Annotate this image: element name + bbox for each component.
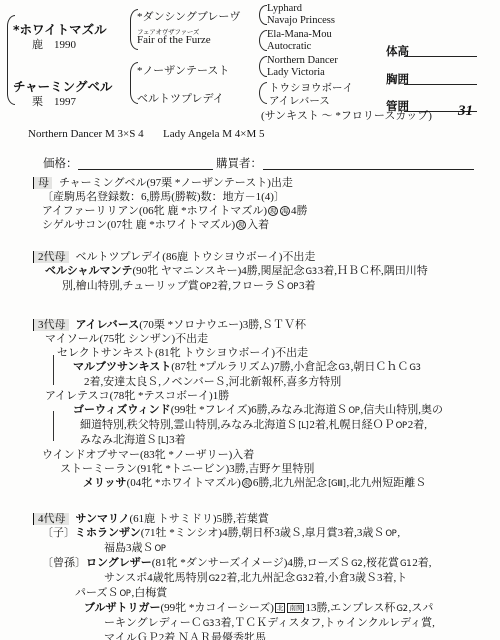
pedigree-bracket [259, 82, 267, 104]
pedigree-bracket [259, 5, 267, 25]
text-run: アイレテスコ(78牝 *テスコボーイ)1勝 [45, 390, 229, 402]
grade-tag: [GⅢ] [328, 479, 345, 489]
region-box: 北 [275, 603, 286, 613]
text-run: マイソール(75牝 シンザン)不出走 [45, 333, 208, 345]
status-circle: 現 [236, 220, 246, 230]
grade-tag: OP [348, 406, 359, 416]
text-run: アイファーリリアン(06牝 鹿 *ホワイトマズル) [42, 205, 267, 217]
grade-tag: [L] [158, 436, 168, 446]
record-line: セレクトサンキスト(81牝 トウシヨウボーイ)不出走 [57, 346, 500, 360]
text-run: 13勝,エンプレス杯 [305, 602, 395, 614]
record-line: サンスポ4歳牝馬特別G22着,北九州記念G32着,小倉3歳Ｓ3着,ト [104, 571, 500, 586]
sire-coat-year: 鹿 1990 [32, 36, 76, 52]
price-label: 価格： [43, 155, 78, 171]
text-run: ベルトツプレデイ(86鹿 トウシヨウボーイ)不出走 [76, 251, 316, 263]
text-run: 3着 [169, 434, 186, 446]
text-run: 2着, [412, 557, 431, 569]
text-run: 別,檜山特別,チューリップ賞 [62, 280, 199, 292]
record-line: 母チャーミングベル(97栗 *ノーザンテースト)出走 [33, 176, 500, 190]
record-line: 福島3歳ＳOP [104, 541, 500, 556]
grandparent-name: Navajo Princess [267, 15, 335, 26]
record-line: 2着,安達太良Ｓ,ノベンバーＳ,河北新報杯,喜多方特別 [84, 375, 500, 389]
tree-connector [53, 355, 54, 385]
buyer-label: 購買者： [216, 155, 262, 171]
grandparent-name: Lady Victoria [267, 67, 325, 78]
text-run: ,スパ [409, 602, 434, 614]
grade-tag: OP [385, 529, 396, 539]
horse-name: ベルシャルマンテ [45, 264, 133, 277]
text-run: 2着,札幌日経ＯＰ [309, 419, 394, 431]
relation-label: 〔曾孫〕 [42, 556, 86, 570]
grade-tag: G2 [351, 559, 362, 569]
text-run: 入着 [247, 219, 269, 231]
text-run: 2着, [408, 419, 427, 431]
catalog-page: { "header": { "family_line": "(サンキスト ～ *… [0, 0, 500, 640]
grade-tag: OP [200, 282, 211, 292]
record-line: ゴーウィズウィンド(99牡 *フレイズ)6勝,みなみ北海道ＳOP,信夫山特別,奥… [73, 403, 500, 418]
text-run: 福島3歳Ｓ [104, 542, 154, 554]
family-line: (サンキスト ～ *フロリースカップ) [261, 107, 432, 123]
text-run: チャーミングベル(97栗 *ノーザンテースト)出走 [59, 177, 293, 189]
text-run: 3着 [299, 280, 316, 292]
text-run: (99牝 *カコイーシーズ) [160, 602, 273, 614]
text-run: 3着,ＨＢＣ杯,隅田川特 [318, 265, 428, 277]
record-line: 〔産駒馬名登録数：6,勝馬(勝鞍)数：地方－1(4)〕 [42, 190, 500, 204]
record-line: みなみ北海道Ｓ[L]3着 [80, 433, 500, 448]
text-run: ,朝日ＣｈＣ [351, 361, 409, 373]
text-run: (04牝 *ホワイトマズル) [127, 477, 241, 489]
girth-blank-line [404, 83, 477, 85]
record-line: 〔曾孫〕ロングレザー(81牝 *ダンサーズイメージ)4勝,ローズＳG2,桜花賞G… [42, 556, 500, 571]
grandparent-name: アイレバース [269, 93, 330, 108]
record-line: ベルシャルマンテ(90牝 ヤマニンスキー)4勝,関屋記念G33着,ＨＢＣ杯,隅田… [45, 264, 500, 279]
pedigree-bracket [259, 56, 267, 77]
region-box: 南関 [287, 603, 304, 613]
record-line: アイレテスコ(78牝 *テスコボーイ)1勝 [45, 389, 500, 403]
text-run: 2着,北九州記念 [221, 572, 295, 584]
grade-tag: OP [287, 282, 298, 292]
text-run: ストーミーラン(91牝 *トニービン)3勝,吉野ケ里特別 [60, 463, 314, 475]
grandparent-name: Ela-Mana-Mou [267, 29, 332, 40]
inbreeding-right: Lady Angela M 4×M 5 [163, 128, 265, 140]
grade-tag: [L] [298, 421, 308, 431]
record-line: パーズＳOP,白梅賞 [75, 586, 500, 601]
text-run: サンスポ4歳牝馬特別 [104, 572, 208, 584]
generation-label: 2代母 [33, 251, 69, 263]
text-run: ,桜花賞 [363, 557, 399, 569]
text-run: (61鹿 トサミドリ)5勝,若葉賞 [130, 513, 269, 525]
status-circle: 海 [280, 206, 290, 216]
text-run: マイルＧＰ2着,ＮＡＲ最優秀牝馬 [104, 632, 266, 640]
grade-tag: G3 [296, 574, 307, 584]
text-run: パーズＳ [75, 587, 118, 599]
grade-tag: OP [396, 421, 407, 431]
grandparent-name: Northern Dancer [267, 55, 338, 66]
sire-sire-name: *ダンシングブレーヴ [137, 8, 240, 24]
text-run: セレクトサンキスト(81牝 トウシヨウボーイ)不出走 [57, 347, 308, 359]
grandparent-name: Autocratic [267, 41, 311, 52]
horse-name: サンマリノ [76, 512, 130, 525]
record-line: メリッサ(04牝 *ホワイトマズル)現6勝,北九州記念[GⅢ],北九州短距離Ｓ [83, 476, 500, 491]
grandparent-name: Lyphard [267, 3, 302, 14]
text-run: 2着,安達太良Ｓ,ノベンバーＳ,河北新報杯,喜多方特別 [84, 376, 341, 388]
horse-name: ロングレザー [86, 556, 152, 569]
text-run: , [397, 527, 400, 539]
dam-coat-year: 栗 1997 [32, 93, 76, 109]
produce-record: 母チャーミングベル(97栗 *ノーザンテースト)出走〔産駒馬名登録数：6,勝馬(… [0, 176, 500, 640]
record-line: ストーミーラン(91牝 *トニービン)3勝,吉野ケ里特別 [60, 462, 500, 476]
record-line: ーキングレディーＣG33着,ＴＣＫディスタフ,トゥインクルレディ賞, [104, 616, 500, 631]
record-line: 〔子〕ミホランザン(71牡 *ミンシオ)4勝,朝日杯3歳Ｓ,皐月賞3着,3歳ＳO… [42, 526, 500, 541]
text-run: みなみ北海道Ｓ [80, 434, 157, 446]
text-run: ウインドオブサマー(83牝 *ノーザリー)入着 [42, 449, 254, 461]
record-line: シゲルサコン(07牡 鹿 *ホワイトマズル)現入着 [42, 218, 500, 232]
buyer-blank-line [263, 168, 474, 170]
text-run: 4勝 [291, 205, 308, 217]
horse-name: ゴーウィズウィンド [73, 403, 171, 416]
grade-tag: G3 [203, 619, 214, 629]
horse-name: アイレバース [76, 318, 140, 331]
record-line: 2代母ベルトツプレデイ(86鹿 トウシヨウボーイ)不出走 [33, 250, 500, 264]
grade-tag: G3 [338, 363, 349, 373]
dam-sire-name: *ノーザンテースト [137, 62, 229, 78]
text-run: (87牡 *プルラリズム)7勝,小倉記念 [171, 361, 337, 373]
horse-name: ミホランザン [75, 526, 141, 539]
grade-tag: G2 [209, 574, 220, 584]
text-run: シゲルサコン(07牡 鹿 *ホワイトマズル) [42, 219, 235, 231]
sire-dam-name: Fair of the Furze [137, 34, 211, 46]
lot-number: 31 [458, 103, 473, 120]
dam-dam-name: ベルトツプレデイ [137, 90, 224, 106]
record-line: 3代母アイレバース(70栗 *ソロナウエー)3勝,ＳＴＶ杯 [33, 318, 500, 332]
grade-tag: G1 [400, 559, 411, 569]
generation-label: 4代母 [33, 513, 69, 525]
price-blank-line [78, 168, 213, 170]
status-circle: 現 [268, 206, 278, 216]
text-run: ーキングレディーＣ [104, 617, 202, 629]
text-run: (70栗 *ソロナウエー)3勝,ＳＴＶ杯 [139, 319, 306, 331]
text-run: 3着,ＴＣＫディスタフ,トゥインクルレディ賞, [215, 617, 435, 629]
grade-tag: OP [155, 544, 166, 554]
record-line: 4代母サンマリノ(61鹿 トサミドリ)5勝,若葉賞 [33, 512, 500, 526]
grade-tag: G3 [306, 267, 317, 277]
text-run: 細道特別,秩父特別,霊山特別,みなみ北海道Ｓ [80, 419, 297, 431]
grade-tag: G3 [409, 363, 420, 373]
generation-label: 3代母 [33, 319, 69, 331]
horse-name: メリッサ [83, 476, 127, 489]
record-line: マイソール(75牝 シンザン)不出走 [45, 332, 500, 346]
relation-label: 〔子〕 [42, 526, 75, 540]
record-line: マルブツサンキスト(87牡 *プルラリズム)7勝,小倉記念G3,朝日ＣｈＣG3 [73, 360, 500, 375]
text-run: ,白梅賞 [131, 587, 167, 599]
text-run: 2着,フローラＳ [212, 280, 286, 292]
record-line: アイファーリリアン(06牝 鹿 *ホワイトマズル)現海4勝 [42, 204, 500, 218]
horse-name: マルブツサンキスト [73, 360, 171, 373]
grade-tag: OP [119, 589, 130, 599]
record-line: 別,檜山特別,チューリップ賞OP2着,フローラＳOP3着 [62, 279, 500, 294]
text-run: 〔産駒馬名登録数：6,勝馬(勝鞍)数：地方－1(4)〕 [42, 191, 285, 203]
record-line: 細道特別,秩父特別,霊山特別,みなみ北海道Ｓ[L]2着,札幌日経ＯＰOP2着, [80, 418, 500, 433]
tree-connector [53, 411, 54, 441]
record-line: ブルザトリガー(99牝 *カコイーシーズ)北南関13勝,エンプレス杯G2,スパ [84, 601, 500, 616]
text-run: (99牡 *フレイズ)6勝,みなみ北海道Ｓ [171, 404, 348, 416]
height-blank-line [404, 55, 477, 57]
record-line: マイルＧＰ2着,ＮＡＲ最優秀牝馬 [104, 631, 500, 640]
text-run: (71牡 *ミンシオ)4勝,朝日杯3歳Ｓ,皐月賞3着,3歳Ｓ [141, 527, 385, 539]
text-run: ,北九州短距離Ｓ [347, 477, 427, 489]
text-run: 6勝,北九州記念 [253, 477, 327, 489]
pedigree-bracket [259, 30, 267, 51]
text-run: ,信夫山特別,奥の [360, 404, 443, 416]
grade-tag: G2 [396, 604, 407, 614]
horse-name: ブルザトリガー [84, 601, 160, 614]
inbreeding-left: Northern Dancer M 3×S 4 [28, 128, 144, 140]
generation-label: 母 [33, 177, 52, 189]
text-run: 2着,小倉3歳Ｓ3着,ト [308, 572, 407, 584]
text-run: (90牝 ヤマニンスキー)4勝,関屋記念 [133, 265, 305, 277]
text-run: (81牝 *ダンサーズイメージ)4勝,ローズＳ [152, 557, 350, 569]
record-line: ウインドオブサマー(83牝 *ノーザリー)入着 [42, 448, 500, 462]
status-circle: 現 [242, 478, 252, 488]
